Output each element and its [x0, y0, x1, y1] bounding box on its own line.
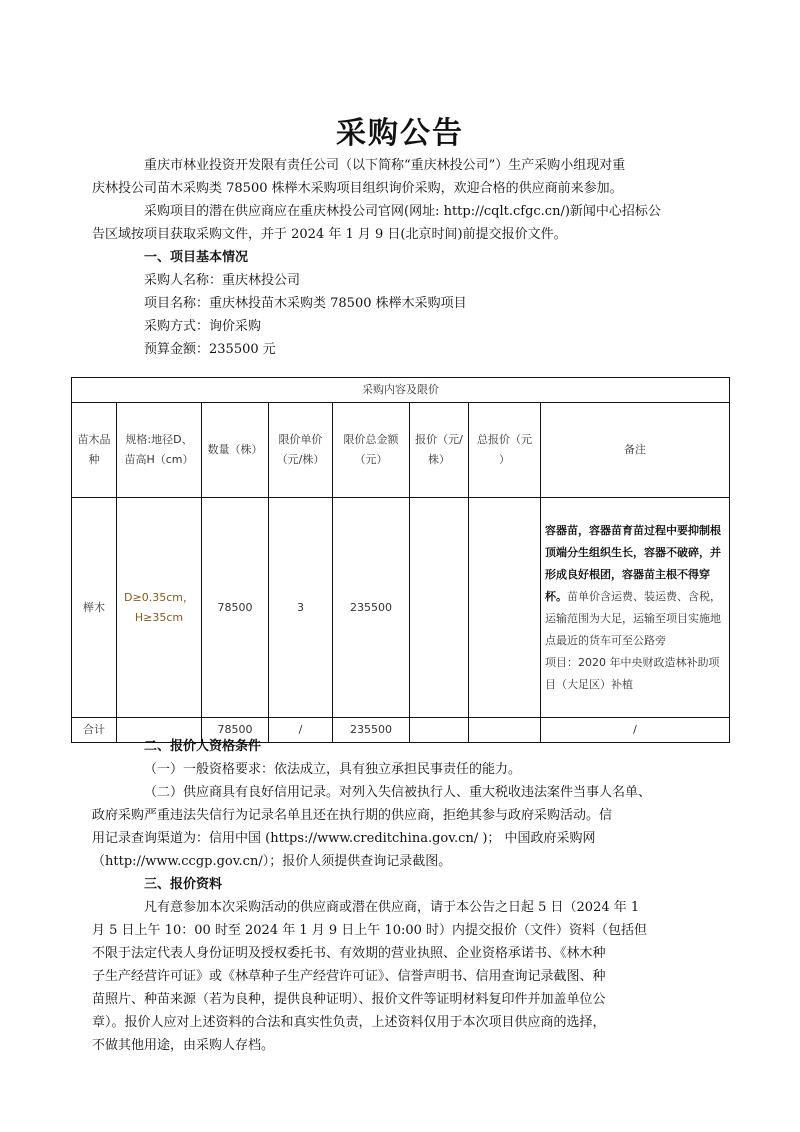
materials-text: 月 5 日上午 10：00 时至 2024 年 1 月 9 日上午 10:00 …: [92, 919, 684, 942]
materials-text: 凡有意参加本次采购活动的供应商或潜在供应商，请于本公告之日起 5 日（2024 …: [118, 896, 684, 919]
qualification-credit: （二）供应商具有良好信用记录。对列入失信被执行人、重大税收违法案件当事人名单、: [118, 781, 684, 804]
materials-text: 章）。报价人应对上述资料的合法和真实性负责，上述资料仅用于本次项目供应商的选择，: [92, 1011, 684, 1034]
section-heading: 一、项目基本情况: [118, 246, 684, 269]
section-heading: 二、报价人资格条件: [118, 735, 684, 758]
document-page: 采购公告 重庆市林业投资开发限有责任公司（以下简称“重庆林投公司”）生产采购小组…: [0, 0, 800, 1132]
column-header: 限价总金额（元）: [333, 403, 410, 498]
cell-total-limit: 235500: [333, 498, 410, 718]
cell-quote: [410, 498, 469, 718]
cell-unit-price: 3: [269, 498, 333, 718]
materials-text: 不做其他用途，由采购人存档。: [92, 1034, 684, 1057]
cell-spec: D≥0.35cm，H≥35cm: [117, 498, 202, 718]
intro-line: 庆林投公司苗木采购类 78500 株榉木采购项目组织询价采购，欢迎合格的供应商前…: [92, 177, 684, 200]
column-header: 报价（元/株）: [410, 403, 469, 498]
section-qualifications: 二、报价人资格条件 （一）一般资格要求：依法成立，具有独立承担民事责任的能力。 …: [118, 735, 684, 873]
procurement-method: 采购方式：询价采购: [118, 315, 684, 338]
budget-amount: 预算金额：235500 元: [118, 338, 684, 361]
buyer-name: 采购人名称：重庆林投公司: [118, 269, 684, 292]
qualification-credit: 用记录查询渠道为：信用中国 (https://www.creditchina.g…: [92, 827, 684, 850]
column-header: 规格:地径D、苗高H（cm）: [117, 403, 202, 498]
table-caption: 采购内容及限价: [72, 378, 730, 403]
materials-text: 不限于法定代表人身份证明及授权委托书、有效期的营业执照、企业资格承诺书、《林木种: [92, 942, 684, 965]
section-quote-materials: 三、报价资料 凡有意参加本次采购活动的供应商或潜在供应商，请于本公告之日起 5 …: [118, 873, 684, 1057]
procurement-table: 采购内容及限价 苗木品种 规格:地径D、苗高H（cm） 数量（株） 限价单价（元…: [71, 377, 730, 743]
section-heading: 三、报价资料: [118, 873, 684, 896]
qualification-credit: 政府采购严重违法失信行为记录名单且还在执行期的供应商，拒绝其参与政府采购活动。信: [92, 804, 684, 827]
cell-note: 容器苗，容器苗育苗过程中要抑制根顶端分生组织生长，容器不破碎，并形成良好根团，容…: [541, 498, 730, 718]
table-header-row: 苗木品种 规格:地径D、苗高H（cm） 数量（株） 限价单价（元/株） 限价总金…: [72, 403, 730, 498]
cell-total-quote: [469, 498, 541, 718]
column-header: 总报价（元 ）: [469, 403, 541, 498]
column-header: 限价单价（元/株）: [269, 403, 333, 498]
intro-paragraph: 重庆市林业投资开发限有责任公司（以下简称“重庆林投公司”）生产采购小组现对重 庆…: [118, 154, 684, 246]
materials-text: 苗照片、种苗来源（若为良种，提供良种证明）、报价文件等证明材料复印件并加盖单位公: [92, 988, 684, 1011]
materials-text: 子生产经营许可证》或《林草种子生产经营许可证》、信誉声明书、信用查询记录截图、种: [92, 965, 684, 988]
intro-line: 采购项目的潜在供应商应在重庆林投公司官网(网址: http://cqlt.cfg…: [118, 200, 684, 223]
note-project: 项目：2020 年中央财政造林补助项目（大足区）补植: [545, 656, 720, 691]
column-header: 备注: [541, 403, 730, 498]
column-header: 苗木品种: [72, 403, 117, 498]
cell-variety: 榉木: [72, 498, 117, 718]
total-label: 合计: [72, 718, 117, 743]
note-text: 苗单价含运费、装运费、含税，运输范围为大足，运输至项目实施地点最近的货车可至公路…: [545, 590, 721, 647]
page-title: 采购公告: [0, 108, 800, 152]
intro-line: 告区域按项目获取采购文件，并于 2024 年 1 月 9 日(北京时间)前提交报…: [92, 223, 684, 246]
section-basic-info: 一、项目基本情况 采购人名称：重庆林投公司 项目名称：重庆林投苗木采购类 785…: [118, 246, 684, 361]
qualification-credit: （http://www.ccgp.gov.cn/）；报价人须提供查询记录截图。: [92, 850, 684, 873]
intro-line: 重庆市林业投资开发限有责任公司（以下简称“重庆林投公司”）生产采购小组现对重: [118, 154, 684, 177]
qualification-general: （一）一般资格要求：依法成立，具有独立承担民事责任的能力。: [118, 758, 684, 781]
column-header: 数量（株）: [202, 403, 269, 498]
project-name: 项目名称：重庆林投苗木采购类 78500 株榉木采购项目: [118, 292, 684, 315]
cell-quantity: 78500: [202, 498, 269, 718]
table-row: 榉木 D≥0.35cm，H≥35cm 78500 3 235500 容器苗，容器…: [72, 498, 730, 718]
